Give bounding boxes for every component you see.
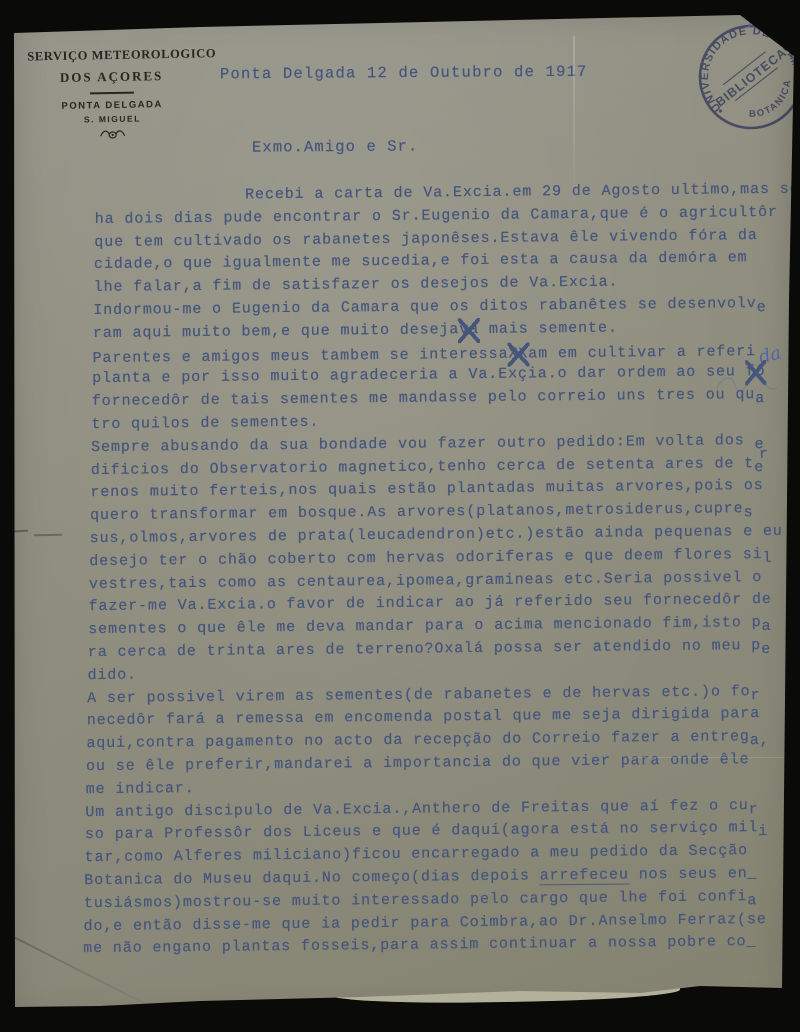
typed-text: renos muito ferteis,nos quais estão plan… — [90, 477, 763, 501]
shifted-letter: r — [759, 444, 769, 467]
typed-text: nos seus en_ — [629, 865, 758, 883]
typed-text: desejo ter o chão coberto com hervas odo… — [89, 546, 762, 570]
typed-text: necedôr fará a remessa em encomenda post… — [87, 705, 760, 729]
typed-text: Recebi a carta de Va.Excia.em 29 de Agos… — [245, 181, 800, 204]
typed-text: ra cerca de trinta ares de terreno?Oxalá… — [88, 637, 761, 661]
typed-text: dido. — [87, 666, 137, 684]
letterhead: SERVIÇO METEOROLOGICO DOS AÇORES PONTA D… — [27, 47, 197, 148]
typed-text: cidade,o que igualmente me sucedia,e foi… — [94, 250, 748, 274]
letterhead-ornament-icon — [29, 126, 197, 148]
typed-text: tusiásmos)mostrou-se muito interessado p… — [84, 888, 748, 912]
archival-note: 1(1) — [745, 15, 775, 33]
typed-text: Sempre abusando da sua bondade vou fazer… — [91, 432, 755, 456]
date-line: Ponta Delgada 12 de Outubro de 1917 — [220, 63, 588, 84]
salutation: Exmo.Amigo e Sr. — [252, 137, 419, 156]
typed-text: ram aqui muito bem,e que muito deseja — [93, 321, 460, 342]
typed-text: me indicar. — [86, 780, 195, 798]
typed-text: fornecedôr de tais sementes me mandasse … — [92, 386, 756, 410]
pencil-mark — [34, 534, 62, 536]
typed-text: Indormou-me o Eugenio da Camara que os d… — [93, 295, 757, 319]
typed-text: Um antigo discipulo de Va.Excia.,Anthero… — [85, 797, 749, 821]
typed-text: so para Professôr dos Liceus e que é daq… — [85, 819, 758, 843]
typed-text: que tem cultivado os rabanetes japonêses… — [94, 227, 758, 251]
letterhead-org-line1: SERVIÇO METEOROLOGICO — [27, 47, 195, 65]
typed-text: ou se êle preferir,mandarei a importanci… — [86, 751, 750, 775]
paper-crease — [573, 36, 575, 216]
library-stamp: UNIVERSIDADE DE COIMBRA BIBLIOTECA BOTAN… — [646, 0, 800, 182]
typed-text: lhe falar,a fim de satisfazer os desejos… — [94, 274, 619, 296]
typed-text: me não engano plantas fosseis,para assim… — [83, 933, 756, 957]
typed-text: tro quilos de sementes. — [91, 414, 319, 433]
letterhead-place-line2: S. MIGUEL — [28, 112, 196, 125]
letterhead-place-line1: PONTA DELGADA — [28, 98, 196, 112]
letter-body: Recebi a carta de Va.Excia.em 29 de Agos… — [95, 179, 800, 961]
typed-text: ha dois dias pude encontrar o Sr.Eugenio… — [95, 204, 778, 228]
typed-text: Parentes e amigos meus tambem se interes… — [93, 345, 509, 366]
typed-text: planta e por isso muito agradeceria a Va… — [92, 364, 746, 388]
typed-text: quero transformar em bosque.As arvores(p… — [90, 500, 744, 524]
typed-text: fazer-me Va.Excia.o favor de indicar ao … — [89, 591, 772, 615]
pencil-mark — [14, 530, 28, 532]
paper-sheet: SERVIÇO METEOROLOGICO DOS AÇORES PONTA D… — [0, 0, 800, 1032]
typed-text: dificios do Observatorio magnetico,tenho… — [91, 455, 755, 479]
typed-text: am em cultivar a referi — [528, 343, 756, 362]
letterhead-divider — [90, 92, 134, 94]
typed-text: sementes o que êle me deva mandar para o… — [88, 614, 761, 638]
underlined-word: arrefeceu — [540, 866, 629, 885]
photo-background: { "photo": { "background_color": "#0a0a0… — [0, 0, 800, 1032]
letterhead-org-line2: DOS AÇORES — [28, 68, 196, 87]
struck-out-text: va — [459, 319, 479, 342]
paper-crease — [628, 757, 788, 758]
typed-text: Botanica do Museu daqui.No começo(dias d… — [84, 867, 540, 889]
typed-text: tar,como Alferes miliciano)ficou encarre… — [85, 842, 749, 866]
typed-text: aqui,contra pagamento no acto da recepçã… — [86, 728, 750, 752]
struck-out-text: XX — [508, 343, 528, 366]
typed-text: mais semente. — [479, 319, 618, 337]
typed-text: A ser possivel virem as sementes(de raba… — [87, 683, 751, 707]
typed-text: sus,olmos,arvores de prata(leucadendron)… — [90, 523, 783, 547]
typed-text: do,e então disse-me que ia pedir para Co… — [83, 911, 766, 935]
typed-text: vestres,tais como as centaurea,ipomea,gr… — [89, 569, 762, 593]
